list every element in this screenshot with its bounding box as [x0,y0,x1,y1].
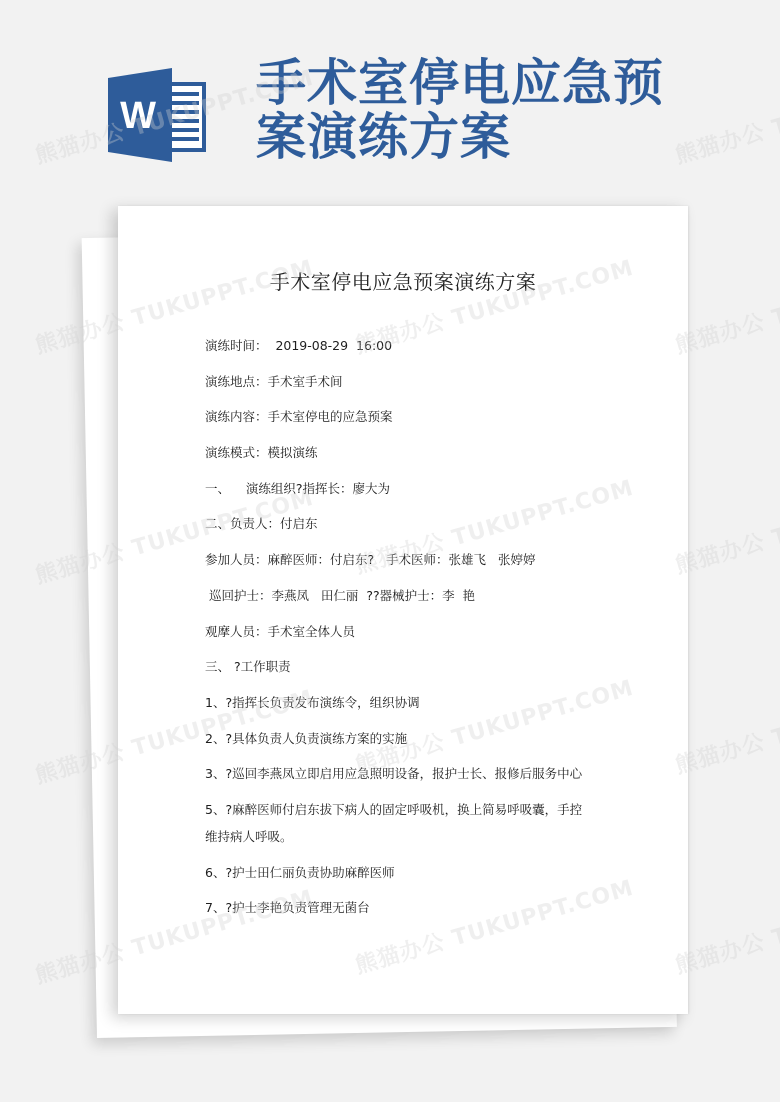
drill-time-line: 演练时间： 2019-08-29 16:00 [205,336,625,372]
participants-line: 参加人员：麻醉医师：付启东? 手术医师：张雄飞 张婷婷 [205,550,625,586]
heading-line-1: 手术室停电应急预 [256,56,696,110]
duty-item-7: 7、?护士李艳负责管理无菌台 [205,898,625,934]
drill-location-line: 演练地点：手术室手术间 [205,372,625,408]
duty-item-6: 6、?护士田仁丽负责协助麻醉医师 [205,863,625,899]
page-heading: 手术室停电应急预 案演练方案 [256,56,696,164]
nurses-line: 巡回护士：李燕凤 田仁丽 ??器械护士：李 艳 [205,586,625,622]
duty-item-2: 2、?具体负责人负责演练方案的实施 [205,729,625,765]
word-document-icon: W [108,68,208,162]
duty-item-5-continued: 维持病人呼吸。 [205,827,625,863]
document-body: 演练时间： 2019-08-29 16:00 演练地点：手术室手术间 演练内容：… [205,336,625,934]
drill-content-line: 演练内容：手术室停电的应急预案 [205,407,625,443]
svg-text:W: W [120,95,156,137]
section-2-person-in-charge: 二、负责人：付启东 [205,514,625,550]
duty-item-5: 5、?麻醉医师付启东拔下病人的固定呼吸机，换上简易呼吸囊，手控 [205,800,625,827]
section-1-organization: 一、 演练组织?指挥长：廖大为 [205,479,625,515]
duty-item-1: 1、?指挥长负责发布演练令，组织协调 [205,693,625,729]
drill-mode-line: 演练模式：模拟演练 [205,443,625,479]
heading-line-2: 案演练方案 [256,110,696,164]
observers-line: 观摩人员：手术室全体人员 [205,622,625,658]
document-title: 手术室停电应急预案演练方案 [118,268,702,296]
section-3-duties: 三、 ?工作职责 [205,657,625,693]
duty-item-3: 3、?巡回李燕凤立即启用应急照明设备，报护士长、报修后服务中心 [205,764,625,800]
